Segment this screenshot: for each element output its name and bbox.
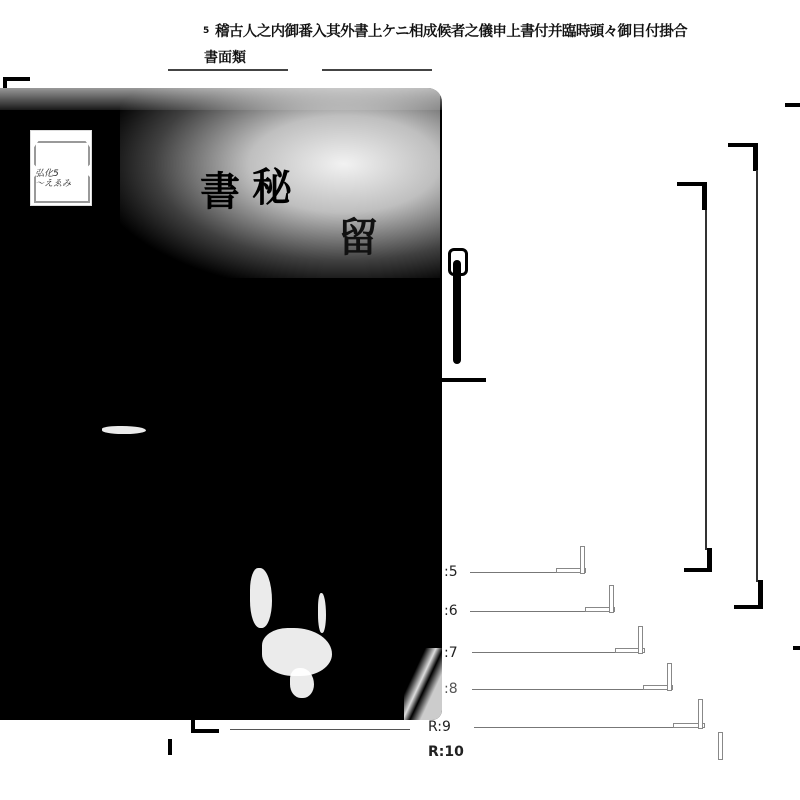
frame-label-9: R:9 xyxy=(428,719,451,735)
cover-title-char-2: 書 xyxy=(200,160,240,217)
bracket-inner-top-stem xyxy=(702,182,707,210)
cover-stain xyxy=(318,593,326,633)
cover-title-char-1: 秘 xyxy=(252,156,292,213)
frame-tick-9-stem xyxy=(698,699,703,729)
bracket-outer-top-stem xyxy=(753,143,758,171)
registration-mark-bottom xyxy=(191,729,219,733)
cover-stain xyxy=(102,426,146,434)
caption-rule-right xyxy=(322,69,432,71)
bottom-scale-line xyxy=(230,729,410,730)
bracket-inner-bottom xyxy=(684,568,712,572)
frame-tick-5-stem xyxy=(580,546,585,574)
bracket-inner-top xyxy=(677,182,705,186)
registration-mark-top-left xyxy=(3,77,30,81)
cover-stain xyxy=(290,668,314,698)
frame-label-6: :6 xyxy=(444,603,458,619)
frame-line-5 xyxy=(470,572,558,573)
caption-subtitle: 書面類 xyxy=(204,47,246,67)
bottom-tick-mark xyxy=(168,739,172,755)
cover-label: 弘化5 〜えゑみ xyxy=(30,130,92,206)
cover-stain xyxy=(250,568,272,628)
frame-tick-8-stem xyxy=(667,663,672,691)
frame-tick-10-stem xyxy=(718,732,723,760)
frame-label-8: :8 xyxy=(444,681,458,697)
book-cover-image: 弘化5 〜えゑみ 秘 書 留 xyxy=(0,88,442,720)
frame-tick-6-stem xyxy=(609,585,614,613)
caption-index: 5 xyxy=(203,26,209,36)
frame-line-6 xyxy=(470,611,586,612)
frame-label-7: :7 xyxy=(444,645,458,661)
bracket-outer-bottom-stem xyxy=(758,580,763,608)
frame-label-5: :5 xyxy=(444,564,458,580)
edge-mark-right xyxy=(793,646,800,650)
frame-line-7 xyxy=(472,652,616,653)
bracket-inner-line xyxy=(705,210,707,550)
cover-corner-wear xyxy=(404,648,442,720)
frame-tick-7-stem xyxy=(638,626,643,654)
cover-title-char-3: 留 xyxy=(338,206,378,263)
registration-mark-bottom-stem xyxy=(191,718,195,733)
caption-rule-left xyxy=(168,69,288,71)
cover-label-text: 弘化5 〜えゑみ xyxy=(35,169,71,189)
frame-label-10: R:10 xyxy=(428,744,464,760)
binding-cord-loop xyxy=(448,248,468,276)
edge-mark-top-right xyxy=(785,103,800,107)
frame-line-8 xyxy=(472,689,644,690)
caption-title: 稽古人之内御番入其外書上ケニ相成候者之儀申上書付并臨時頭々御目付掛合 xyxy=(215,20,687,41)
bracket-outer-line xyxy=(756,170,758,582)
bracket-outer-bottom xyxy=(734,605,763,609)
registration-mark-mid xyxy=(442,378,486,382)
frame-line-9 xyxy=(474,727,674,728)
